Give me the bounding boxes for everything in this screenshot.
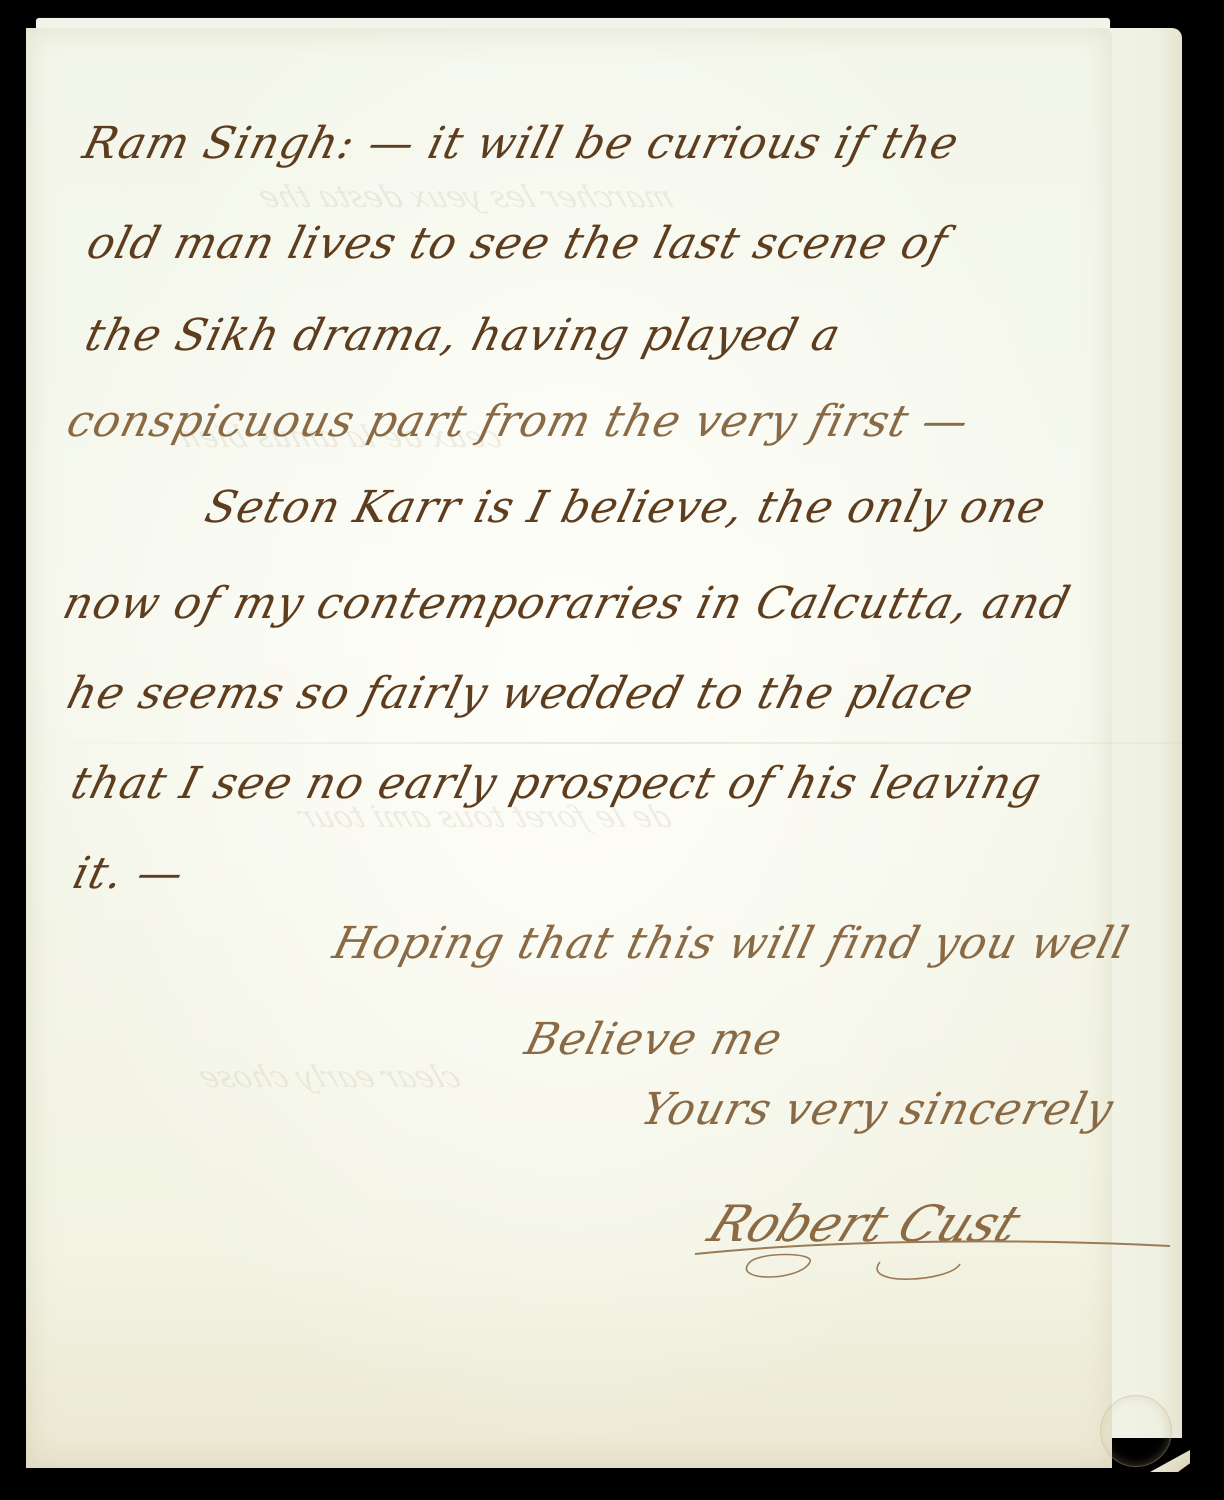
letter-line-6: now of my contemporaries in Calcutta, an… [58,578,1076,629]
letter-line-9: it. — [68,848,189,899]
letter-line-1: Ram Singh: — it will be curious if the [78,118,964,169]
signature-flourish [690,1232,1180,1292]
letter-line-2: old man lives to see the last scene of [82,218,953,269]
letter-line-5: Seton Karr is I believe, the only one [200,482,1051,533]
letter-line-7: he seems so fairly wedded to the place [62,668,979,719]
letter-line-4: conspicuous part from the very first — [62,396,974,447]
closing-valediction: Yours very sincerely [636,1084,1119,1135]
closing-wish: Hoping that this will find you well [328,918,1134,969]
letter-line-3: the Sikh drama, having played a [80,310,846,361]
paper-right-edge [1100,28,1182,1438]
letter-line-8: that I see no early prospect of his leav… [66,758,1047,809]
paper-fold-line [26,742,1182,744]
embossed-stamp [1100,1395,1172,1467]
closing-believe-me: Believe me [520,1014,788,1065]
